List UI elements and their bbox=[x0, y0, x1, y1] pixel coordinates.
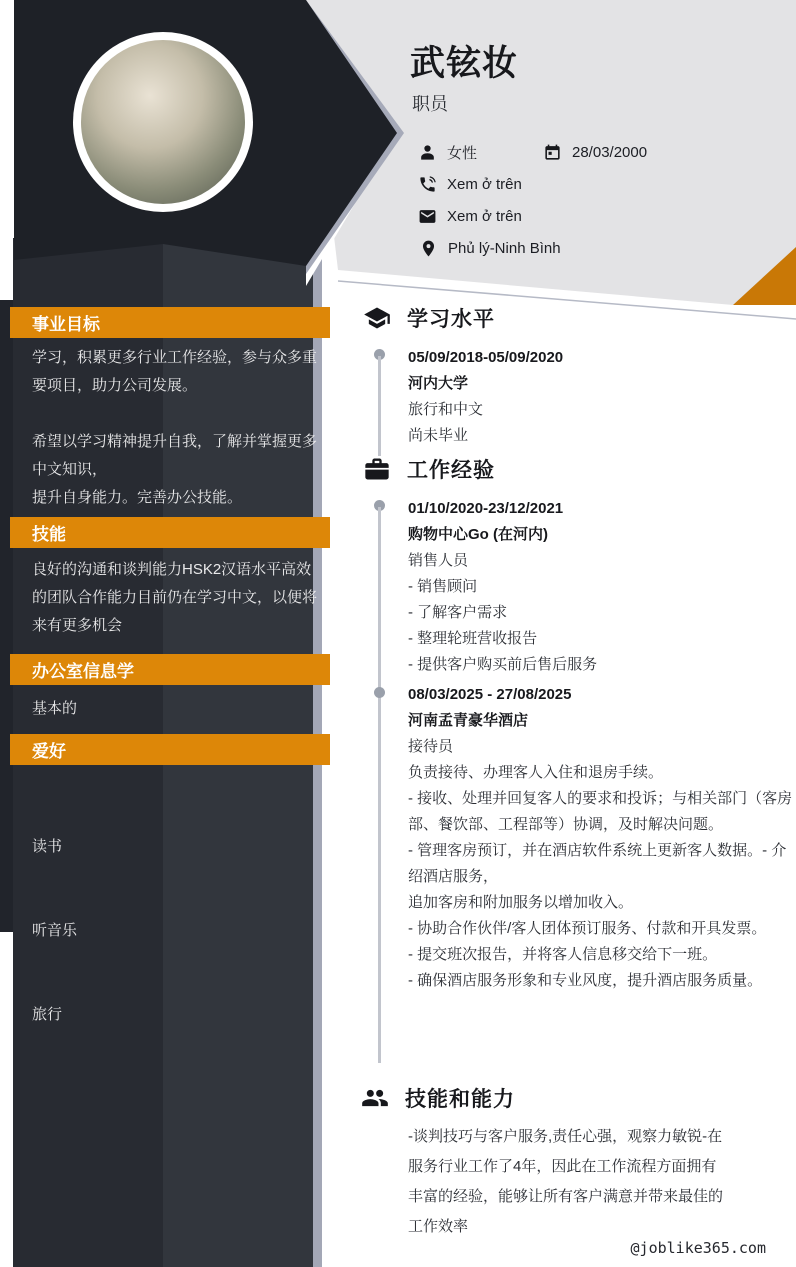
sidebar-bulge-strip bbox=[0, 300, 13, 932]
experience-role: 销售人员 bbox=[408, 548, 794, 574]
birthday-value: 28/03/2000 bbox=[572, 144, 647, 161]
graduation-cap-icon bbox=[363, 304, 391, 332]
sidebar-section-title-hobbies: 爱好 bbox=[10, 734, 330, 765]
education-date: 05/09/2018-05/09/2020 bbox=[408, 345, 794, 371]
experience-entry-1: 01/10/2020-23/12/2021 购物中心Go (在河内) 销售人员 … bbox=[408, 496, 794, 678]
objective-paragraph-2: 希望以学习精神提升自我，了解并掌握更多中文知识， 提升自身能力。完善办公技能。 bbox=[32, 428, 319, 512]
person-icon bbox=[418, 143, 437, 162]
sidebar-section-title-office: 办公室信息学 bbox=[10, 654, 330, 685]
profile-photo bbox=[81, 40, 245, 204]
experience-detail: 负责接待、办理客人入住和退房手续。 bbox=[408, 760, 794, 786]
experience-entry-2: 08/03/2025 - 27/08/2025 河南孟青豪华酒店 接待员 负责接… bbox=[408, 682, 794, 994]
sidebar-section-title-objective: 事业目标 bbox=[10, 307, 330, 338]
hobby-item: 读书 bbox=[32, 833, 319, 861]
section-title-label: 技能 bbox=[32, 520, 66, 545]
sidebar-section-title-skills: 技能 bbox=[10, 517, 330, 548]
experience-date: 08/03/2025 - 27/08/2025 bbox=[408, 682, 794, 708]
watermark: @joblike365.com bbox=[631, 1239, 766, 1257]
office-level: 基本的 bbox=[32, 695, 319, 723]
experience-section-header: 工作经验 bbox=[363, 454, 495, 484]
timeline-line bbox=[378, 356, 381, 456]
experience-detail: - 提交班次报告，并将客人信息移交给下一班。 bbox=[408, 942, 794, 968]
resume-page: 武铉妆 职员 女性 28/03/2000 Xem ở trên Xem ở tr… bbox=[0, 0, 796, 1267]
education-status: 尚未毕业 bbox=[408, 423, 794, 449]
skills-paragraph: -谈判技巧与客户服务,责任心强，观察力敏锐-在服务行业工作了4年，因此在工作流程… bbox=[408, 1122, 726, 1242]
hobby-item: 听音乐 bbox=[32, 917, 319, 945]
section-title-label: 办公室信息学 bbox=[32, 657, 134, 682]
experience-detail: - 确保酒店服务形象和专业风度，提升酒店服务质量。 bbox=[408, 968, 794, 994]
gender-value: 女性 bbox=[447, 142, 477, 163]
experience-role: 接待员 bbox=[408, 734, 794, 760]
candidate-title: 职员 bbox=[412, 90, 448, 116]
contact-email: Xem ở trên bbox=[418, 205, 658, 227]
experience-detail: - 协助合作伙伴/客人团体预订服务、付款和开具发票。 bbox=[408, 916, 794, 942]
timeline-line bbox=[378, 507, 381, 1063]
contact-birthday: 28/03/2000 bbox=[543, 141, 723, 163]
calendar-icon bbox=[543, 143, 562, 162]
education-major: 旅行和中文 bbox=[408, 397, 794, 423]
contact-phone: Xem ở trên bbox=[418, 173, 658, 195]
experience-company: 购物中心Go (在河内) bbox=[408, 522, 794, 548]
education-entry: 05/09/2018-05/09/2020 河内大学 旅行和中文 尚未毕业 bbox=[408, 345, 794, 449]
skills-section-title: 技能和能力 bbox=[405, 1083, 515, 1113]
email-value: Xem ở trên bbox=[447, 208, 522, 225]
skills-paragraph: 良好的沟通和谈判能力HSK2汉语水平高效的团队合作能力目前仍在学习中文，以便将来… bbox=[32, 556, 319, 640]
people-icon bbox=[361, 1084, 389, 1112]
section-title-label: 事业目标 bbox=[32, 310, 100, 335]
envelope-icon bbox=[418, 207, 437, 226]
skills-section-header: 技能和能力 bbox=[361, 1083, 515, 1113]
address-value: Phủ lý-Ninh Bình bbox=[448, 240, 561, 257]
experience-detail: - 管理客房预订，并在酒店软件系统上更新客人数据。- 介绍酒店服务， bbox=[408, 838, 794, 890]
contact-address: Phủ lý-Ninh Bình bbox=[419, 237, 699, 259]
objective-paragraph-1: 学习，积累更多行业工作经验，参与众多重要项目，助力公司发展。 bbox=[32, 344, 319, 400]
experience-section-title: 工作经验 bbox=[407, 454, 495, 484]
hobby-item: 旅行 bbox=[32, 1001, 319, 1029]
timeline-dot bbox=[374, 687, 385, 698]
experience-detail: - 整理轮班营收报告 bbox=[408, 626, 794, 652]
candidate-name: 武铉妆 bbox=[410, 36, 518, 86]
experience-detail: - 提供客户购买前后售后服务 bbox=[408, 652, 794, 678]
contact-gender: 女性 bbox=[418, 141, 538, 163]
briefcase-icon bbox=[363, 455, 391, 483]
phone-value: Xem ở trên bbox=[447, 176, 522, 193]
experience-company: 河南孟青豪华酒店 bbox=[408, 708, 794, 734]
experience-detail: - 了解客户需求 bbox=[408, 600, 794, 626]
education-section-header: 学习水平 bbox=[363, 303, 495, 333]
education-school: 河内大学 bbox=[408, 371, 794, 397]
phone-icon bbox=[418, 175, 437, 194]
experience-detail: - 接收、处理并回复客人的要求和投诉；与相关部门（客房部、餐饮部、工程部等）协调… bbox=[408, 786, 794, 838]
experience-detail: 追加客房和附加服务以增加收入。 bbox=[408, 890, 794, 916]
hobby-list: 读书 听音乐 旅行 bbox=[32, 777, 319, 1085]
experience-date: 01/10/2020-23/12/2021 bbox=[408, 496, 794, 522]
experience-detail: - 销售顾问 bbox=[408, 574, 794, 600]
section-title-label: 爱好 bbox=[32, 737, 66, 762]
education-section-title: 学习水平 bbox=[407, 303, 495, 333]
location-pin-icon bbox=[419, 239, 438, 258]
